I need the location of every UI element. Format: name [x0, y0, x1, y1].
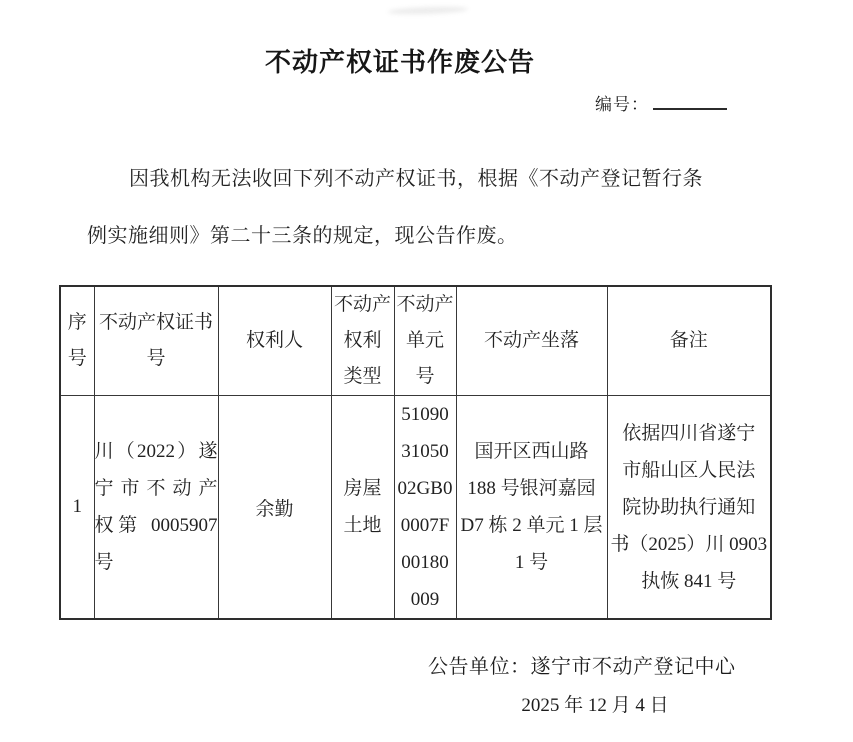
cell-unit-no: 510903105002GB00007F00180009: [394, 396, 456, 620]
notice-body: 因我机构无法收回下列不动产权证书，根据《不动产登记暂行条例实施细则》第二十三条的…: [87, 151, 747, 265]
table-header-row: 序号 不动产权证书号 权利人 不动产权利类型 不动产单元号 不动产坐落 备注: [60, 286, 771, 396]
header-right-type: 不动产权利类型: [331, 286, 394, 396]
header-cert-no: 不动产权证书号: [94, 286, 218, 396]
doc-number-label: 编号：: [595, 95, 649, 114]
cell-location: 国开区西山路188 号银河嘉园D7 栋 2 单元 1 层1 号: [456, 396, 607, 620]
cell-remark: 依据四川省遂宁市船山区人民法院协助执行通知书（2025）川 0903执恢 841…: [607, 396, 771, 620]
page-title: 不动产权证书作废公告: [0, 42, 800, 79]
scan-smudge-artifact: [388, 6, 468, 16]
header-holder: 权利人: [218, 286, 331, 396]
table-row: 1 川（2022）遂宁市不动产权第 0005907号 余勤 房屋土地 51090…: [60, 396, 771, 620]
cell-holder: 余勤: [218, 396, 331, 620]
header-remark: 备注: [607, 286, 771, 396]
header-seq: 序号: [60, 286, 94, 396]
cell-cert-no: 川（2022）遂宁市不动产权第 0005907号: [94, 396, 218, 620]
cell-seq: 1: [60, 396, 94, 620]
issuer-line: 公告单位：遂宁市不动产登记中心: [428, 650, 736, 679]
cell-right-type: 房屋土地: [331, 396, 394, 620]
doc-number: 编号：: [595, 90, 727, 115]
document-page: 不动产权证书作废公告 编号： 因我机构无法收回下列不动产权证书，根据《不动产登记…: [0, 0, 853, 742]
header-unit-no: 不动产单元号: [394, 286, 456, 396]
certificates-table: 序号 不动产权证书号 权利人 不动产权利类型 不动产单元号 不动产坐落 备注 1…: [59, 285, 772, 620]
header-location: 不动产坐落: [456, 286, 607, 396]
doc-number-blank-line: [653, 95, 727, 110]
date-line: 2025 年 12 月 4 日: [430, 690, 760, 717]
